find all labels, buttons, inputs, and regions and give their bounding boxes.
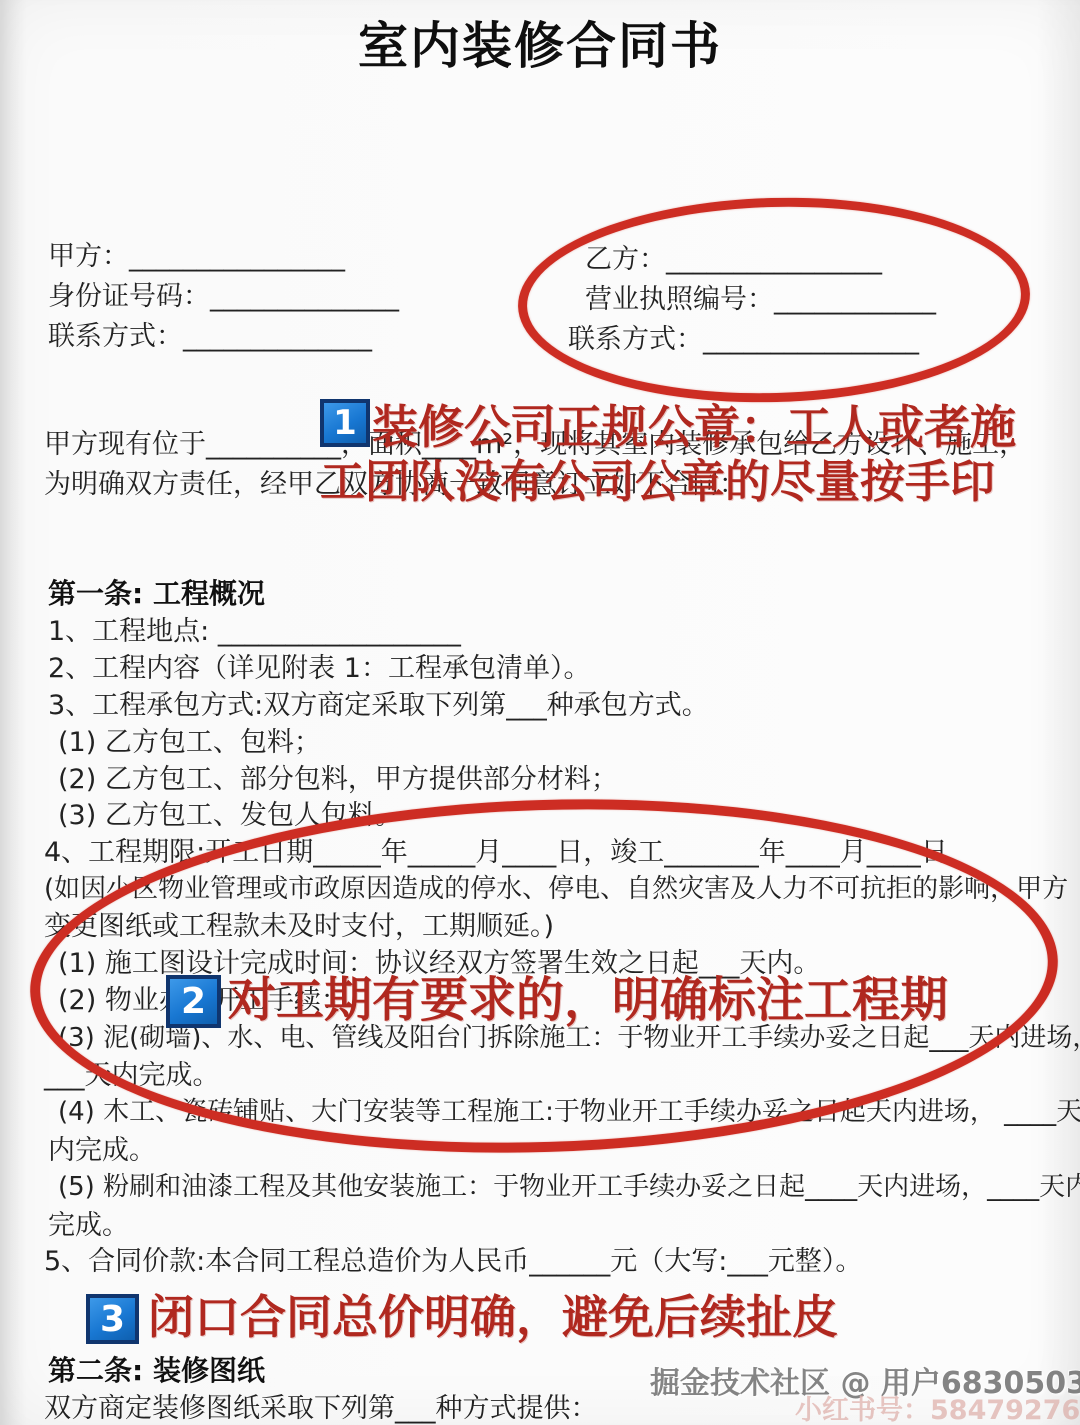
contract-line: (3) 乙方包工、发包人包料。 (58, 799, 402, 833)
contract-line: (如因小区物业管理或市政原因造成的停水、停电、自然灾害及人力不可抗拒的影响，甲方 (44, 873, 1068, 906)
contract-line: 内完成。 (48, 1134, 156, 1168)
party-a-contact-line: 联系方式：______________ (48, 320, 372, 354)
page-title: 室内装修合同书 (358, 6, 722, 78)
annotation-3-badge: 3 (86, 1294, 139, 1344)
contract-line: (1) 乙方包工、包料； (58, 726, 321, 760)
annotation-2-badge: 2 (166, 975, 221, 1028)
party-b-name-line: 乙方：________________ (585, 243, 882, 277)
party-b-contact-line: 联系方式：________________ (568, 323, 919, 357)
annotation-2-text: 对工期有要求的，明确标注工程期 (228, 976, 948, 1024)
annotation-1-text-line1: 装修公司正规公章：工人或者施 (372, 404, 1016, 450)
contract-line: 5、合同价款:本合同工程总造价为人民币______元（大写:___元整）。 (44, 1245, 862, 1279)
contract-line: 完成。 (48, 1209, 129, 1243)
section1-heading: 第一条: 工程概况 (48, 576, 265, 611)
annotation-3-text: 闭口合同总价明确，避免后续扯皮 (148, 1294, 838, 1340)
party-a-id-line: 身份证号码：______________ (48, 280, 399, 314)
contract-line: 2、工程内容（详见附表 1：工程承包清单）。 (48, 652, 590, 686)
section2-line: 双方商定装修图纸采取下列第___种方式提供： (44, 1392, 598, 1425)
section2-heading: 第二条: 装修图纸 (48, 1353, 265, 1388)
party-a-name-line: 甲方：________________ (48, 240, 345, 274)
contract-page: 室内装修合同书 甲方：________________ 身份证号码：______… (0, 0, 1080, 1425)
annotation-1-badge: 1 (320, 399, 370, 447)
contract-line: 1、工程地点: __________________ (48, 615, 461, 649)
contract-line: 4、工程期限:开工日期_____年_____月____日，竣工_______年_… (44, 836, 948, 870)
annotation-1-text-line2: 工团队没有公司公章的尽量按手印 (320, 459, 995, 504)
party-b-license-line: 营业执照编号：____________ (585, 283, 936, 317)
contract-line: 3、工程承包方式:双方商定采取下列第___种承包方式。 (48, 689, 709, 723)
contract-line: (2) 乙方包工、部分包料，甲方提供部分材料； (58, 763, 618, 797)
contract-line: ___天内完成。 (44, 1059, 220, 1093)
watermark-xiaohongshu: 小红书号：5847927628 (795, 1388, 1080, 1425)
contract-line: (5) 粉刷和油漆工程及其他安装施工：于物业开工手续办妥之日起____天内进场，… (58, 1171, 1080, 1204)
contract-line: 变更图纸或工程款未及时支付，工期顺延。) (44, 910, 554, 944)
contract-line: (4) 木工、瓷砖铺贴、大门安装等工程施工:于物业开工手续办妥之日起天内进场， … (58, 1096, 1080, 1129)
